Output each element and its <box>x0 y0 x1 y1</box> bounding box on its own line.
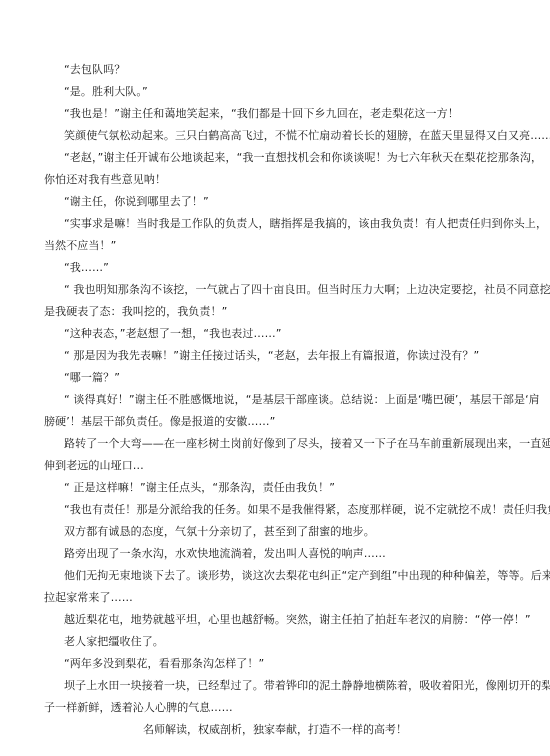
text-line: 路旁出现了一条水沟，水欢快地流淌着，发出叫人喜悦的响声…… <box>64 547 386 561</box>
text-line: 越近梨花屯，地势就越平坦，心里也越舒畅。突然，谢主任拍了拍赶车老汉的肩膀：“停一… <box>64 613 531 627</box>
text-line: “这种表态，”老赵想了一想，“我也表过……” <box>64 327 282 341</box>
text-line: 伸到老远的山垭口… <box>44 459 144 473</box>
text-line: “我……” <box>64 261 109 275</box>
text-line: 拉起家常来了…… <box>44 591 133 605</box>
text-line: 膀硬’！基层干部负责任。像是报道的安徽……” <box>44 415 275 429</box>
document-page: “去包队吗？“是。胜利大队。”“我也是！”谢主任和蔼地笑起来，“我们都是十回下乡… <box>0 0 550 756</box>
text-line: 是我硬表了态：我叫挖的，我负责！” <box>44 305 227 319</box>
text-line: 他们无拘无束地谈下去了。谈形势，谈这次去梨花屯纠正“定产到组”中出现的种种偏差，… <box>64 569 550 583</box>
text-line: 笑颜使气氛松动起来。三只白鹤高高飞过，不慌不忙扇动着长长的翅膀，在蓝天里显得又白… <box>64 129 550 143</box>
text-line: “我也有责任！那是分派给我的任务。如果不是我催得紧，态度那样硬，说不定就挖不成！… <box>64 503 550 517</box>
text-line: “老赵，”谢主任开诚布公地谈起来，“我一直想找机会和你谈谈呢！为七六年秋天在梨花… <box>64 151 542 165</box>
text-line: “ 我也明知那条沟不该挖，一气就占了四十亩良田。但当时压力大啊；上边决定要挖，社… <box>64 283 550 297</box>
text-line: “谢主任，你说到哪里去了！” <box>64 195 209 209</box>
text-line: 子一样新鲜，透着沁人心脾的气息…… <box>44 701 233 715</box>
text-line: 路转了一个大弯——在一座杉树土岗前好像到了尽头，接着又一下子在马车前重新展现出来… <box>64 437 550 451</box>
text-line: “ 谈得真好！”谢主任不胜感慨地说，“是基层干部座谈。总结说：上面是‘嘴巴硬’，… <box>64 393 540 407</box>
text-line: “哪一篇？” <box>64 371 120 385</box>
text-line: “ 那是因为我先表嘛！”谢主任接过话头，“老赵，去年报上有篇报道，你读过没有？” <box>64 349 479 363</box>
text-line: “是。胜利大队。” <box>64 85 148 99</box>
text-line: “去包队吗？ <box>64 63 125 77</box>
text-line: 老人家把缰收住了。 <box>64 635 164 649</box>
text-line: “两年多没到梨花，看看那条沟怎样了！” <box>64 657 264 671</box>
text-line: “我也是！”谢主任和蔼地笑起来，“我们都是十回下乡九回在，老走梨花这一方！ <box>64 107 459 121</box>
text-line: “实事求是嘛！当时我是工作队的负责人，瞎指挥是我搞的，该由我负责！有人把责任归到… <box>64 217 547 231</box>
footer-slogan: 名师解读，权威剖析，独家奉献，打造不一样的高考！ <box>0 723 550 737</box>
text-line: 双方都有诚恳的态度，气氛十分亲切了，甚至到了甜蜜的地步。 <box>64 525 375 539</box>
text-line: 你怕还对我有些意见呐！ <box>44 173 166 187</box>
text-line: 当然不应当！” <box>44 239 116 253</box>
text-line: 坝子上水田一块接着一块，已经犁过了。带着铧印的泥土静静地横陈着，吸收着阳光，像刚… <box>64 679 550 693</box>
text-line: “ 正是这样嘛！”谢主任点头，“那条沟，责任由我负！” <box>64 481 335 495</box>
